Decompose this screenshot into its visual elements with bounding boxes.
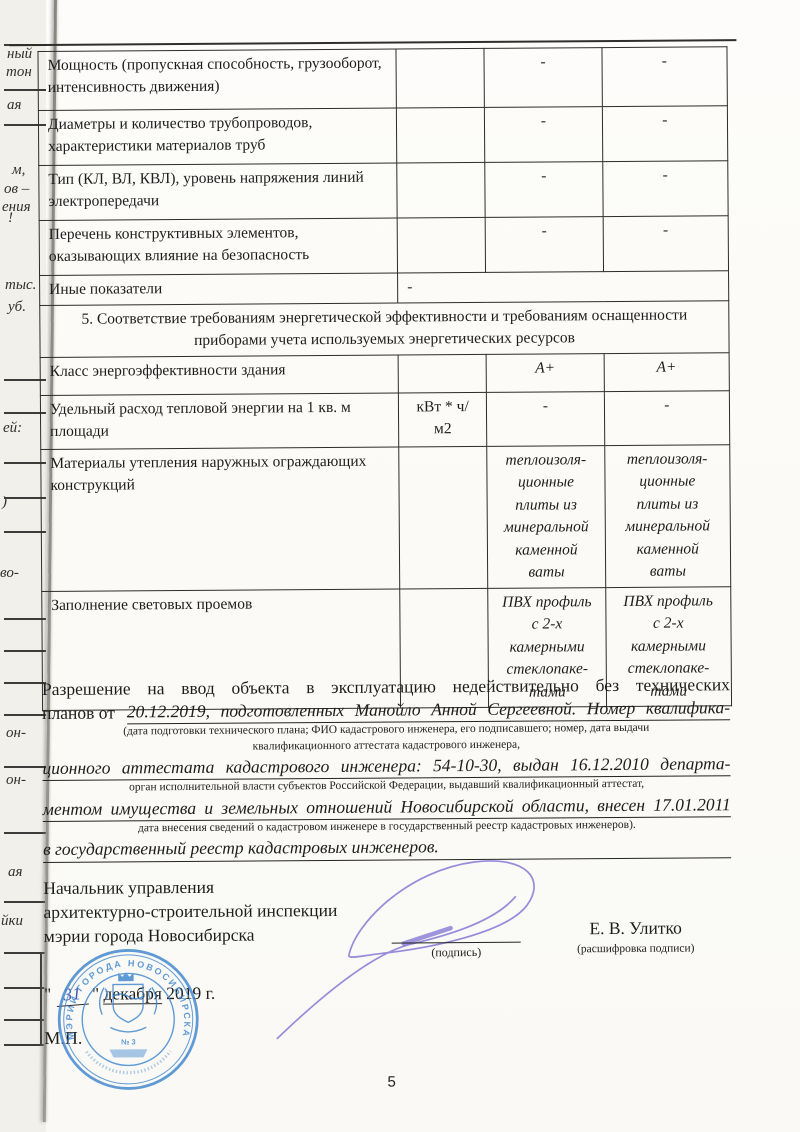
row-unit [396, 48, 485, 108]
table-row: Перечень конструктивных элементов, оказы… [39, 216, 728, 276]
row-unit [396, 107, 485, 163]
document-page: ныйтонаям,ов –ения!тыс.уб.ей:)во-он-он-а… [0, 0, 800, 1132]
row-label: Класс энергоэффективности здания [40, 355, 398, 395]
section5-title: 5. Соответствие требованиям энергетическ… [40, 301, 729, 358]
sheet-content: Мощность (пропускная способность, грузоо… [0, 0, 757, 1132]
stamp-banner [109, 1049, 147, 1057]
row-value-1: - [485, 217, 603, 273]
signer-name: Е. В. Улитко [534, 917, 738, 939]
row-unit [399, 446, 488, 588]
section5-header-row: 5. Соответствие требованиям энергетическ… [40, 301, 729, 358]
row-label: Перечень конструктивных элементов, оказы… [39, 218, 397, 275]
row-value-1: - [487, 392, 605, 447]
table-row: Класс энергоэффективности здания А+ А+ [40, 353, 729, 396]
row-value-1: теплоизоля- ционные плиты из минеральной… [487, 446, 605, 589]
row-label: Иные показатели [40, 273, 398, 305]
table-row: Удельный расход тепловой энергии на 1 кв… [40, 391, 729, 450]
stamp-number: № 3 [121, 1037, 136, 1046]
clause-prefix: планов от [42, 702, 115, 726]
row-label: Удельный расход тепловой энергии на 1 кв… [40, 393, 398, 449]
signature-caption: (подпись) [392, 945, 521, 961]
stamp-crest-icon [99, 973, 156, 1032]
row-value-2: - [602, 161, 728, 217]
row-value-2: - [603, 216, 729, 272]
row-value-2: теплоизоля- ционные плиты из минеральной… [604, 445, 730, 588]
row-unit [398, 354, 487, 393]
table-row: Мощность (пропускная способность, грузоо… [38, 47, 727, 111]
table-row: Тип (КЛ, ВЛ, КВЛ), уровень напряжения ли… [39, 161, 728, 221]
row-label: Тип (КЛ, ВЛ, КВЛ), уровень напряжения ли… [39, 163, 397, 220]
open-quote: " [44, 984, 51, 1004]
row-value-2: - [602, 106, 728, 162]
row-value-2: - [602, 47, 728, 107]
table-row-other: Иные показатели - [40, 271, 729, 306]
row-label: Диаметры и количество трубопроводов, хар… [38, 108, 396, 165]
signer-name-block: Е. В. Улитко (расшифровка подписи) [534, 917, 738, 955]
page-number: 5 [377, 1073, 407, 1090]
row-value-1: - [485, 162, 603, 218]
official-stamp: МЭРИИ ГОРОДА НОВОСИБИРСКА № 3 [52, 943, 205, 1096]
row-value-2: А+ [604, 353, 730, 392]
row-value-1: А+ [486, 354, 604, 393]
table-row: Диаметры и количество трубопроводов, хар… [38, 106, 727, 166]
row-value-1: - [485, 107, 603, 163]
row-value: - [398, 271, 729, 303]
row-unit [397, 217, 486, 273]
row-label: Мощность (пропускная способность, грузоо… [38, 49, 396, 110]
spec-table: Мощность (пропускная способность, грузоо… [37, 46, 732, 711]
row-value-1: - [484, 48, 602, 108]
row-label: Материалы утепления наружных ограждающих… [41, 447, 400, 591]
row-unit: кВт * ч/м2 [398, 392, 487, 447]
clause-paragraph: Разрешение на ввод объекта в эксплуатаци… [42, 673, 731, 862]
table-row: Материалы утепления наружных ограждающих… [41, 445, 731, 592]
table-top-rule [9, 39, 736, 46]
row-value-2: - [604, 391, 730, 446]
signer-name-caption: (расшифровка подписи) [534, 942, 738, 955]
row-unit [397, 162, 486, 218]
